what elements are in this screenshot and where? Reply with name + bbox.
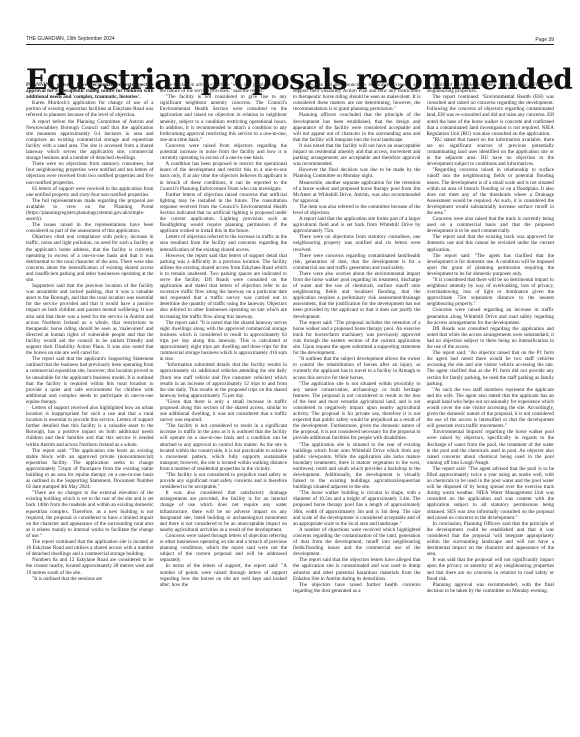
article-column-4: result of this development which could a…: [427, 82, 555, 732]
article-paragraph: Concerns were raised through letters of …: [160, 533, 288, 563]
article-paragraph: "The horse walker building is circular i…: [293, 490, 421, 527]
article-paragraph: 65 letters of support were received to t…: [26, 186, 154, 198]
article-column-3: facility can aid the Council to be Autis…: [293, 82, 421, 732]
article-paragraph: A condition has been proposed to restric…: [160, 161, 288, 191]
article-paragraph: In conclusion, Planning Officers said th…: [427, 521, 555, 558]
article-paragraph: result of this development which could a…: [427, 82, 555, 94]
article-paragraph: "Given that there is only a small increa…: [160, 399, 288, 423]
article-paragraph: The report said: "The proposal includes …: [293, 320, 421, 357]
article-paragraph: There were also worries about the enviro…: [293, 271, 421, 320]
article-paragraph: "Regarding concerns raised in relationsh…: [427, 167, 555, 216]
article-paragraph: A report said that the application site …: [293, 216, 421, 234]
article-paragraph: The report said that the applicant's Sup…: [26, 356, 154, 405]
article-paragraph: facility can aid the Council to be Autis…: [293, 82, 421, 112]
article-paragraph: In terms of the letters of support, the …: [160, 563, 288, 587]
article-paragraph: The report said that the existing track …: [427, 234, 555, 252]
article-paragraph: DfI Roads was consulted regarding the ap…: [427, 326, 555, 350]
article-paragraph: However, the report said that letters of…: [160, 253, 288, 320]
article-paragraph: Concerns were raised regarding an increa…: [427, 307, 555, 325]
article-paragraph: Concerns were also raised that the track…: [427, 216, 555, 234]
article-paragraph: Concerns were raised from objectors rega…: [160, 143, 288, 161]
article-body: PLANNING officers have recommended retro…: [26, 82, 554, 732]
article-paragraph: "The facility is not considered to preju…: [160, 472, 288, 490]
article-paragraph: Supporters said that the previous locati…: [26, 283, 154, 356]
article-paragraph: The item was also referred to the commit…: [293, 204, 421, 216]
article-paragraph: Objectors cited non compliance with poli…: [26, 234, 154, 283]
article-paragraph: "It is considered that there will be no …: [427, 277, 555, 307]
article-paragraph: Planning approval was recommended, with …: [427, 582, 555, 594]
article-paragraph: There were concerns regarding contaminat…: [293, 253, 421, 271]
article-paragraph: It was also considered that satisfactory…: [160, 490, 288, 533]
article-paragraph: The report said: "The application site h…: [26, 448, 154, 491]
article-paragraph: A report before the Planning Committee o…: [26, 119, 154, 162]
article-paragraph: "The application site is situated to the…: [293, 442, 421, 491]
article-paragraph: The report said: "The agent advised that…: [427, 466, 555, 521]
article-paragraph: The report said: "It is noted that the s…: [160, 320, 288, 363]
article-paragraph: The report said: "An objector raised tha…: [427, 350, 555, 387]
article-paragraph: Numbers 8a and 12 Eskylane Road are cons…: [26, 557, 154, 575]
article-paragraph: The report continued: "Environmental Hea…: [427, 94, 555, 137]
article-paragraph: A number of objections were received whi…: [293, 527, 421, 557]
article-lede: PLANNING officers have recommended retro…: [26, 82, 154, 100]
article-paragraph: "It is outlined that the sessions are: [26, 576, 154, 582]
publication-date: THE GUARDIAN, 19th September 2024: [26, 36, 115, 42]
article-paragraph: The report said: "The agent has clarifie…: [427, 253, 555, 277]
article-paragraph: "There are no changes to the external el…: [26, 490, 154, 539]
article-paragraph: "It outlines that the subject developmen…: [293, 356, 421, 380]
article-paragraph: "Information submitted details that the …: [160, 362, 288, 399]
article-paragraph: pre-booked in advance with no 'walk in's…: [160, 82, 288, 94]
article-paragraph: 'Environmental Impacts' regarding the ho…: [427, 429, 555, 466]
article-paragraph: The issues raised in the representations…: [26, 222, 154, 234]
article-paragraph: Karen Murdock's application for change o…: [26, 100, 154, 118]
article-paragraph: The report said that the objection lette…: [293, 557, 421, 581]
article-paragraph: It was noted that the facility will not …: [293, 143, 421, 167]
article-paragraph: "RU stated that based on the information…: [427, 137, 555, 167]
article-paragraph: "The facility is not considered to give …: [160, 94, 288, 143]
article-paragraph: Letters of support received also highlig…: [26, 405, 154, 448]
article-paragraph: The full representations made regarding …: [26, 198, 154, 222]
article-paragraph: There were no objections from statutory …: [26, 161, 154, 185]
article-paragraph: "As such the two staff members represent…: [427, 387, 555, 430]
article-paragraph: Further letters of objection raised conc…: [160, 192, 288, 235]
article-paragraph: Letters of objection referred to the inc…: [160, 234, 288, 252]
article-column-2: pre-booked in advance with no 'walk in's…: [160, 82, 288, 732]
article-paragraph: "The facility is not considered to resul…: [160, 423, 288, 472]
article-column-1: PLANNING officers have recommended retro…: [26, 82, 154, 732]
article-paragraph: There were no objections from statutory …: [293, 234, 421, 252]
article-paragraph: Planning officers concluded that the pri…: [293, 112, 421, 142]
article-paragraph: The objectors have raised further health…: [293, 582, 421, 594]
article-paragraph: Meanwhile, another separate application …: [293, 180, 421, 204]
article-paragraph: The report continued that the applicatio…: [26, 539, 154, 557]
article-paragraph: It was said that the proposal will not s…: [427, 557, 555, 581]
masthead: THE GUARDIAN, 19th September 2024 Page 3…: [26, 34, 554, 45]
article-paragraph: "The application site is not situated wi…: [293, 381, 421, 442]
page-number: Page 39: [535, 37, 554, 43]
article-paragraph: However the final decision was due to be…: [293, 167, 421, 179]
